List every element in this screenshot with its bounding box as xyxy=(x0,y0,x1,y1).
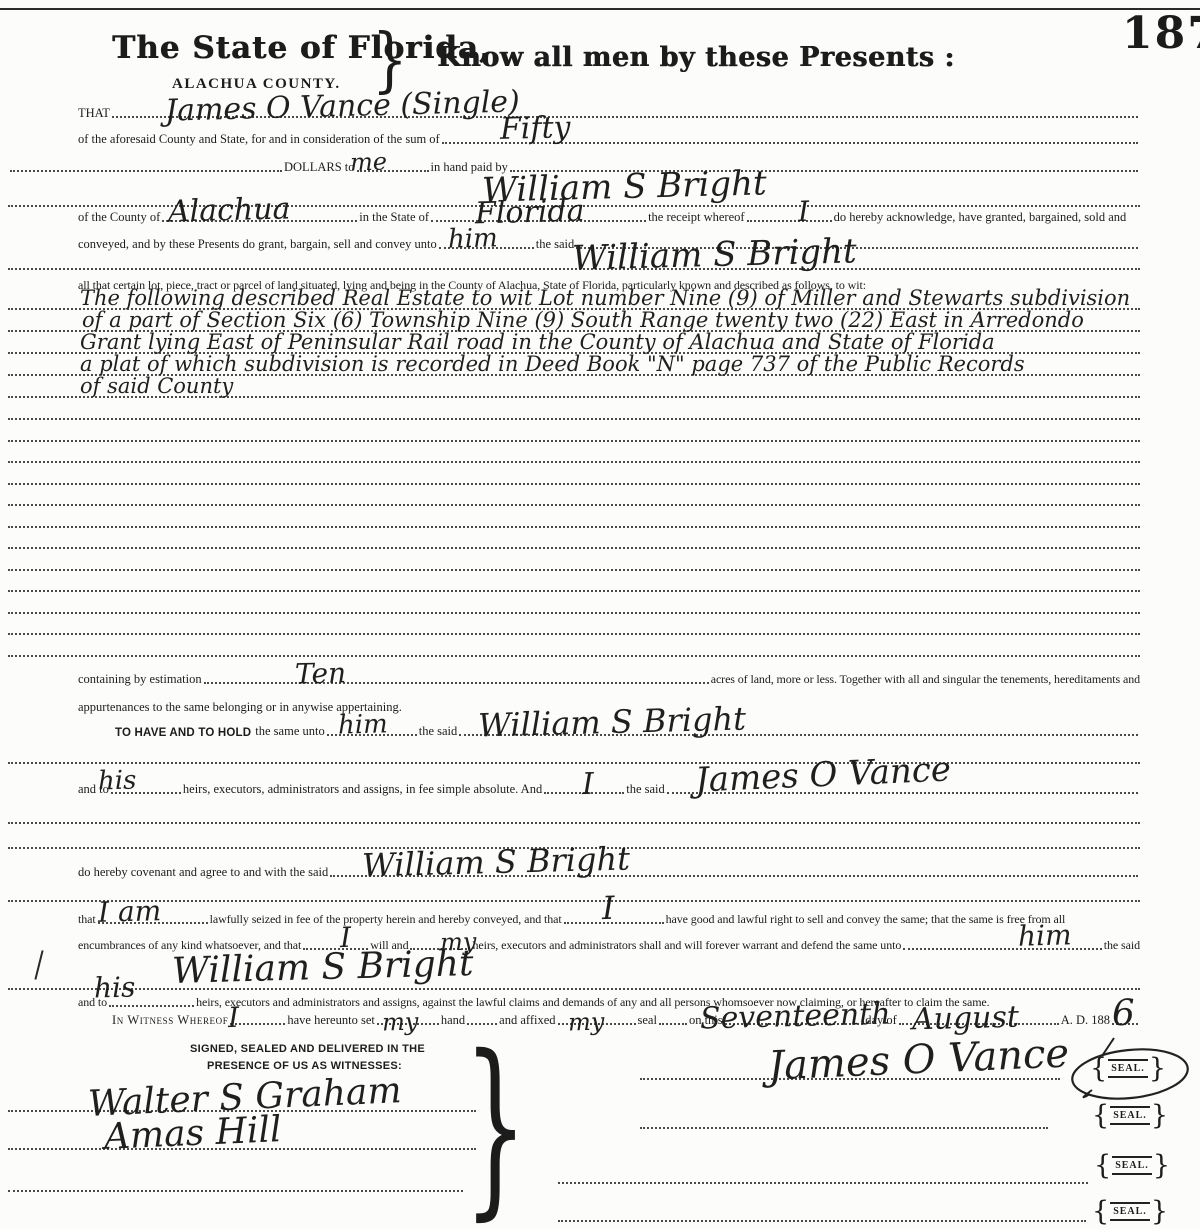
seal-scribble-ink xyxy=(1062,1036,1197,1106)
witness-signature-line xyxy=(8,1190,463,1192)
acknowledge-label: do hereby acknowledge, have granted, bar… xyxy=(834,210,1127,226)
lawful-right-label: have good and lawful right to sell and c… xyxy=(666,912,1066,928)
blank-line xyxy=(747,220,832,222)
dollars-to-label: DOLLARS to xyxy=(284,160,355,176)
blank-line xyxy=(903,948,1102,950)
i-handwritten: I xyxy=(602,892,615,924)
blank-line xyxy=(10,170,282,172)
proclamation-title: Know all men by these Presents : xyxy=(437,42,955,73)
seal-brace-glyph: { xyxy=(1092,1102,1109,1129)
description-handwritten-line: a plat of which subdivision is recorded … xyxy=(80,354,1025,375)
description-handwritten-line: The following described Real Estate to w… xyxy=(80,288,1130,309)
state-title: The State of Florida, xyxy=(112,30,491,66)
acres-handwritten: Ten xyxy=(295,659,347,688)
blank-line xyxy=(204,682,709,684)
page-top-border xyxy=(0,8,1200,10)
seal-label: SEAL. xyxy=(1110,1202,1150,1221)
the-same-unto-label: the same unto xyxy=(255,724,324,740)
day-handwritten: Seventeenth xyxy=(700,1000,891,1035)
ruled-line xyxy=(8,612,1140,614)
form-line-containing: containing by estimation acres of land, … xyxy=(78,672,1140,688)
witnesses-label: PRESENCE OF US AS WITNESSES: xyxy=(207,1060,402,1072)
form-line-consideration: of the aforesaid County and State, for a… xyxy=(78,132,1140,148)
hold-him-handwritten: him xyxy=(338,711,388,738)
signature-line xyxy=(558,1220,1086,1222)
witness-brace-glyph: } xyxy=(464,1030,528,1221)
grantee-handwritten: William S Bright xyxy=(572,234,857,275)
that-label: that xyxy=(78,912,96,928)
ruled-line xyxy=(8,461,1140,463)
seal-word-label: seal xyxy=(638,1013,657,1029)
ink-mark xyxy=(34,950,43,980)
county-handwritten: Alachua xyxy=(168,194,291,227)
page-number: 187 xyxy=(1122,8,1200,59)
i-handwritten: I xyxy=(582,770,595,800)
description-handwritten-line: of a part of Section Six (6) Township Ni… xyxy=(82,310,1084,331)
grantor-handwritten: James O Vance xyxy=(694,752,951,797)
ruled-line xyxy=(8,526,1140,528)
ruled-line xyxy=(8,547,1140,549)
ruled-line xyxy=(8,418,1140,420)
sum-handwritten: Fifty xyxy=(500,113,571,145)
year-digit-handwritten: 6 xyxy=(1112,996,1136,1033)
dollars-to-handwritten: me xyxy=(350,150,388,175)
covenant-label: do hereby covenant and agree to and with… xyxy=(78,865,328,881)
ruled-line xyxy=(8,483,1140,485)
seal-label: SEAL. xyxy=(1110,1106,1150,1125)
ruled-line xyxy=(8,569,1140,571)
i-handwritten: I xyxy=(228,1004,240,1032)
seal-brace-glyph: } xyxy=(1153,1152,1170,1179)
grantee-handwritten: William S Bright xyxy=(172,946,474,990)
consideration-label: of the aforesaid County and State, for a… xyxy=(78,132,440,148)
in-state-label: in the State of xyxy=(359,210,429,226)
i-am-handwritten: I am xyxy=(98,897,162,927)
grantee-handwritten: William S Bright xyxy=(478,702,747,741)
ruled-line xyxy=(8,590,1140,592)
ruled-line xyxy=(8,822,1140,824)
signed-sealed-label: SIGNED, SEALED AND DELIVERED IN THE xyxy=(190,1043,425,1055)
seal-brace-glyph: { xyxy=(1094,1152,1111,1179)
of-county-label: of the County of xyxy=(78,210,160,226)
blank-line xyxy=(109,1005,194,1007)
seal-stamp: { SEAL. } xyxy=(1092,1198,1168,1225)
to-have-label: TO HAVE AND TO HOLD xyxy=(115,727,255,740)
signature-line xyxy=(640,1127,1048,1129)
grantor-name-handwritten: James O Vance (Single) xyxy=(165,87,520,126)
ruled-line xyxy=(8,900,1140,902)
description-handwritten-line: of said County xyxy=(80,376,233,397)
header-brace-glyph: } xyxy=(372,26,408,96)
form-line-heirs: and to heirs, executors, administrators … xyxy=(78,782,1140,798)
receipt-i-handwritten: I xyxy=(798,198,810,226)
witness2-signature: Amas Hill xyxy=(103,1112,282,1156)
that-label: THAT xyxy=(78,106,110,122)
grantee-handwritten: William S Bright xyxy=(362,842,631,881)
month-handwritten: August xyxy=(912,1003,1020,1036)
signature-line xyxy=(558,1182,1088,1184)
seal-label: SEAL. xyxy=(1112,1156,1152,1175)
containing-label: containing by estimation xyxy=(78,672,202,688)
blank-line xyxy=(659,1023,687,1025)
conveyed-label: conveyed, and by these Presents do grant… xyxy=(78,237,437,253)
receipt-whereof-label: the receipt whereof xyxy=(648,210,744,226)
heirs-fee-simple-label: heirs, executors, administrators and ass… xyxy=(183,782,542,798)
my-handwritten: my xyxy=(382,1010,419,1035)
hand-label: hand xyxy=(441,1013,465,1029)
the-said-label: the said xyxy=(626,782,665,798)
the-said-label: the said xyxy=(536,237,575,253)
ad-label: A. D. 188 xyxy=(1061,1013,1110,1029)
deed-document-page: 187 The State of Florida, ALACHUA COUNTY… xyxy=(0,0,1200,1229)
ruled-line xyxy=(8,440,1140,442)
ruled-line xyxy=(8,655,1140,657)
in-witness-label: In Witness Whereof xyxy=(112,1013,228,1029)
seal-stamp: { SEAL. } xyxy=(1092,1102,1168,1129)
warrant-label: heirs, executors and administrators shal… xyxy=(472,938,901,954)
the-said-label: the said xyxy=(419,724,458,740)
seal-stamp: { SEAL. } xyxy=(1094,1152,1170,1179)
ruled-line xyxy=(8,762,1140,764)
seal-brace-glyph: } xyxy=(1151,1102,1168,1129)
my-handwritten: my xyxy=(568,1010,605,1035)
acres-clause-label: acres of land, more or less. Together wi… xyxy=(711,672,1140,688)
hereunto-set-label: have hereunto set xyxy=(287,1013,374,1029)
seized-label: lawfully seized in fee of the property h… xyxy=(210,912,562,928)
description-handwritten-line: Grant lying East of Peninsular Rail road… xyxy=(80,332,995,353)
ruled-line xyxy=(8,633,1140,635)
his-handwritten: his xyxy=(94,973,136,1002)
his-handwritten: his xyxy=(98,768,137,795)
seal-brace-glyph: } xyxy=(1151,1198,1168,1225)
ruled-line xyxy=(8,504,1140,506)
the-said-label: the said xyxy=(1104,938,1140,954)
seal-brace-glyph: { xyxy=(1092,1198,1109,1225)
him-handwritten: him xyxy=(1018,921,1072,950)
unto-him-handwritten: him xyxy=(448,225,498,252)
